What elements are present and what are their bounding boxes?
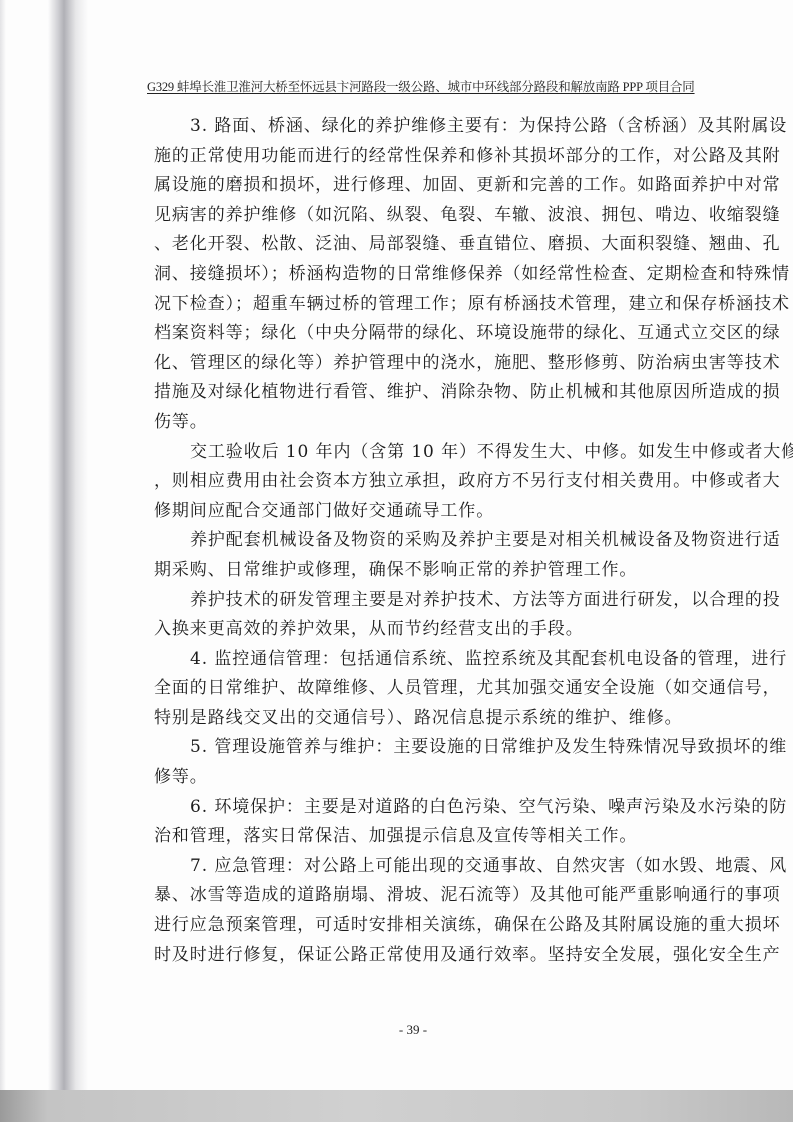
text-line: 6. 环境保护：主要是对道路的白色污染、空气污染、噪声污染及水污染的防 (154, 793, 714, 823)
text-line: 、老化开裂、松散、泛油、局部裂缝、垂直错位、磨损、大面积裂缝、翘曲、孔 (154, 230, 714, 260)
scanner-bottom-edge (0, 1090, 793, 1122)
text-line: 3. 路面、桥涵、绿化的养护维修主要有：为保持公路（含桥涵）及其附属设 (154, 112, 714, 142)
paragraph-environment-6: 6. 环境保护：主要是对道路的白色污染、空气污染、噪声污染及水污染的防 治和管理… (154, 793, 714, 852)
text-line: 养护技术的研发管理主要是对养护技术、方法等方面进行研发，以合理的投 (154, 586, 714, 616)
document-body: 3. 路面、桥涵、绿化的养护维修主要有：为保持公路（含桥涵）及其附属设 施的正常… (154, 112, 714, 970)
text-line: 进行应急预案管理，可适时安排相关演练，确保在公路及其附属设施的重大损坏 (154, 911, 714, 941)
text-line: 7. 应急管理：对公路上可能出现的交通事故、自然灾害（如水毁、地震、风 (154, 852, 714, 882)
text-line: 5. 管理设施管养与维护：主要设施的日常维护及发生特殊情况导致损坏的维 (154, 733, 714, 763)
paragraph-handover-repair: 交工验收后 10 年内（含第 10 年）不得发生大、中修。如发生中修或者大修 ，… (154, 438, 714, 527)
text-line: 交工验收后 10 年内（含第 10 年）不得发生大、中修。如发生中修或者大修 (154, 438, 714, 468)
text-line: 见病害的养护维修（如沉陷、纵裂、龟裂、车辙、波浪、拥包、啃边、收缩裂缝 (154, 201, 714, 231)
text-line: 期采购、日常维护或修理，确保不影响正常的养护管理工作。 (154, 556, 714, 586)
text-line: 修等。 (154, 763, 714, 793)
paragraph-tech-rnd: 养护技术的研发管理主要是对养护技术、方法等方面进行研发，以合理的投 入换来更高效… (154, 586, 714, 645)
text-line: 伤等。 (154, 408, 714, 438)
scan-edge-shadow (0, 0, 6, 1090)
text-line: 修期间应配合交通部门做好交通疏导工作。 (154, 497, 714, 527)
document-page: G329 蚌埠长淮卫淮河大桥至怀远县卞河路段一级公路、城市中环线部分路段和解放南… (0, 0, 793, 1122)
text-line: 时及时进行修复，保证公路正常使用及通行效率。坚持安全发展，强化安全生产 (154, 941, 714, 971)
running-header-title: G329 蚌埠长淮卫淮河大桥至怀远县卞河路段一级公路、城市中环线部分路段和解放南… (147, 77, 587, 95)
text-line: 入换来更高效的养护效果，从而节约经营支出的手段。 (154, 615, 714, 645)
text-line: 化、管理区的绿化等）养护管理中的浇水，施肥、整形修剪、防治病虫害等技术 (154, 349, 714, 379)
text-line: 特别是路线交叉出的交通信号）、路况信息提示系统的维护、维修。 (154, 704, 714, 734)
text-line: 洞、接缝损坏）；桥涵构造物的日常维修保养（如经常性检查、定期检查和特殊情 (154, 260, 714, 290)
text-line: 4. 监控通信管理：包括通信系统、监控系统及其配套机电设备的管理，进行 (154, 645, 714, 675)
paragraph-equipment-procurement: 养护配套机械设备及物资的采购及养护主要是对相关机械设备及物资进行适 期采购、日常… (154, 526, 714, 585)
text-line: ，则相应费用由社会资本方独立承担，政府方不另行支付相关费用。中修或者大 (154, 467, 714, 497)
paragraph-facilities-5: 5. 管理设施管养与维护：主要设施的日常维护及发生特殊情况导致损坏的维 修等。 (154, 733, 714, 792)
paragraph-emergency-7: 7. 应急管理：对公路上可能出现的交通事故、自然灾害（如水毁、地震、风 暴、冰雪… (154, 852, 714, 970)
text-line: 治和管理，落实日常保洁、加强提示信息及宣传等相关工作。 (154, 822, 714, 852)
text-line: 属设施的磨损和损坏，进行修理、加固、更新和完善的工作。如路面养护中对常 (154, 171, 714, 201)
binding-shadow (48, 0, 88, 1090)
paragraph-monitoring-4: 4. 监控通信管理：包括通信系统、监控系统及其配套机电设备的管理，进行 全面的日… (154, 645, 714, 734)
text-line: 施的正常使用功能而进行的经常性保养和修补其损坏部分的工作，对公路及其附 (154, 142, 714, 172)
paragraph-maintenance-3: 3. 路面、桥涵、绿化的养护维修主要有：为保持公路（含桥涵）及其附属设 施的正常… (154, 112, 714, 438)
text-line: 档案资料等；绿化（中央分隔带的绿化、环境设施带的绿化、互通式立交区的绿 (154, 319, 714, 349)
text-line: 暴、冰雪等造成的道路崩塌、滑坡、泥石流等）及其他可能严重影响通行的事项 (154, 881, 714, 911)
text-line: 措施及对绿化植物进行看管、维护、消除杂物、防止机械和其他原因所造成的损 (154, 378, 714, 408)
text-line: 养护配套机械设备及物资的采购及养护主要是对相关机械设备及物资进行适 (154, 526, 714, 556)
text-line: 况下检查）；超重车辆过桥的管理工作；原有桥涵技术管理，建立和保存桥涵技术 (154, 290, 714, 320)
page-number: - 39 - (0, 1022, 793, 1038)
text-line: 全面的日常维护、故障维修、人员管理，尤其加强交通安全设施（如交通信号， (154, 674, 714, 704)
